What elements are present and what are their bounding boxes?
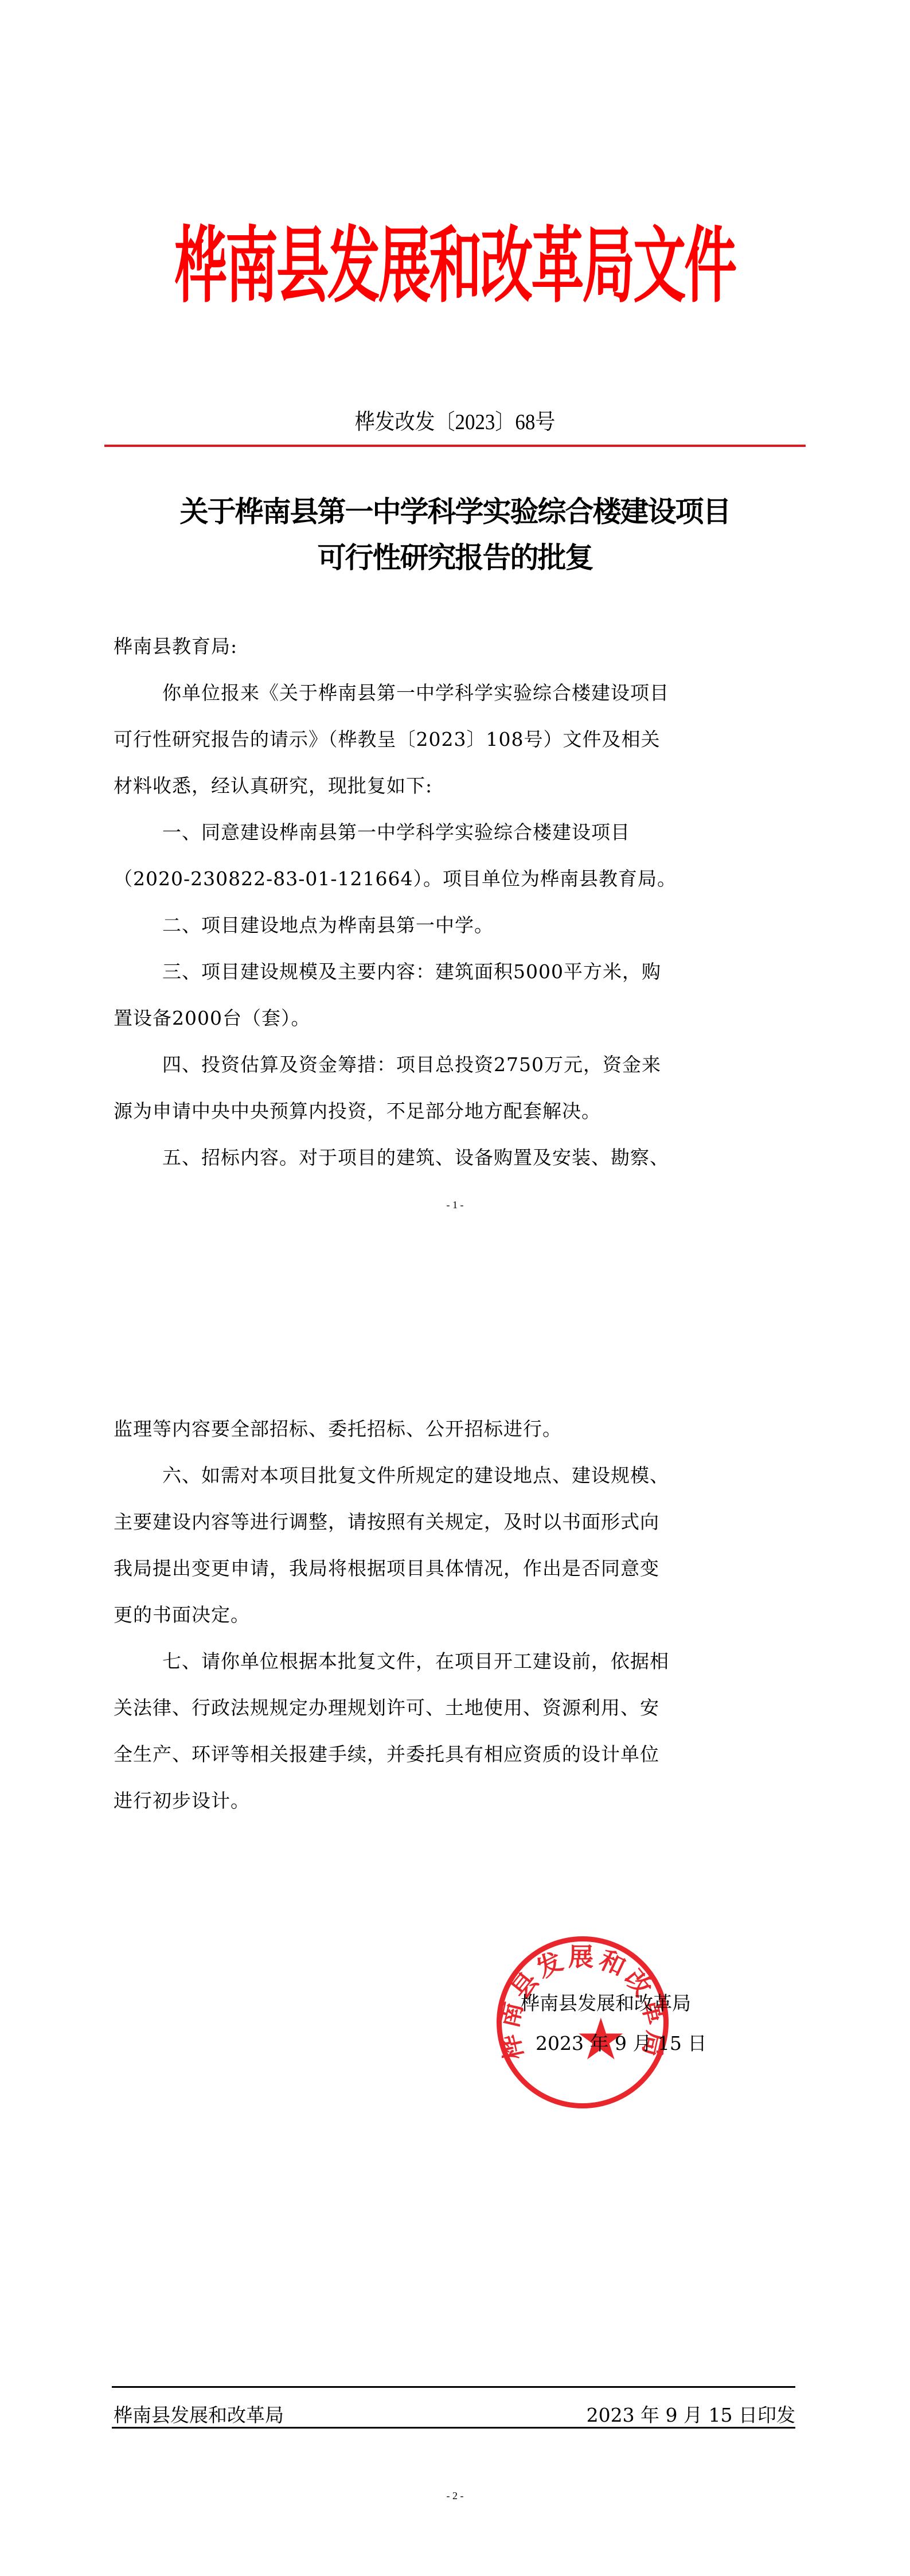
- paragraph-line: 四、投资估算及资金筹措：项目总投资2750万元，资金来: [162, 1052, 850, 1078]
- paragraph-line: 置设备2000台（套）。: [114, 1005, 802, 1032]
- paragraph-line: 我局提出变更申请，我局将根据项目具体情况，作出是否同意变: [114, 1555, 802, 1582]
- paragraph-line: 三、项目建设规模及主要内容：建筑面积5000平方米，购: [162, 959, 850, 985]
- document-title-line-1: 关于桦南县第一中学科学实验综合楼建设项目: [0, 489, 910, 535]
- red-header-title: 桦南县发展和改革局文件: [0, 223, 910, 309]
- footer-print-date: 2023 年 9 月 15 日印发: [565, 2403, 795, 2428]
- paragraph-line: 材料收悉，经认真研究，现批复如下:: [114, 773, 802, 799]
- document-title-line-2: 可行性研究报告的批复: [0, 535, 910, 581]
- document-number: 桦发改发〔2023〕68号: [36, 406, 873, 438]
- paragraph-line: 可行性研究报告的请示》（桦教呈〔2023〕108号）文件及相关: [114, 726, 802, 753]
- footer-issuer: 桦南县发展和改革局: [114, 2403, 284, 2428]
- footer-bottom-rule: [112, 2427, 795, 2429]
- paragraph-line: 全生产、环评等相关报建手续，并委托具有相应资质的设计单位: [114, 1741, 802, 1768]
- addressee: 桦南县教育局:: [114, 633, 802, 660]
- paragraph-line: 二、项目建设地点为桦南县第一中学。: [162, 912, 850, 939]
- paragraph-line: 七、请你单位根据本批复文件，在项目开工建设前，依据相: [162, 1648, 850, 1675]
- red-divider-rule: [104, 445, 806, 447]
- paragraph-line: 进行初步设计。: [114, 1788, 802, 1814]
- paragraph-line: 你单位报来《关于桦南县第一中学科学实验综合楼建设项目: [162, 680, 850, 706]
- paragraph-line: 五、招标内容。对于项目的建筑、设备购置及安装、勘察、: [162, 1145, 850, 1171]
- paragraph-line: 关法律、行政法规规定办理规划许可、土地使用、资源利用、安: [114, 1695, 802, 1721]
- paragraph-line: 更的书面决定。: [114, 1602, 802, 1628]
- red-header-text: 桦南县发展和改革局文件: [174, 213, 735, 318]
- paragraph-line: 六、如需对本项目批复文件所规定的建设地点、建设规模、: [162, 1462, 850, 1489]
- signature-date: 2023 年 9 月 15 日: [536, 2031, 706, 2056]
- paragraph-line: 一、同意建设桦南县第一中学科学实验综合楼建设项目: [162, 819, 850, 846]
- footer-top-rule: [112, 2386, 795, 2388]
- page-number-2: - 2 -: [0, 2490, 910, 2502]
- paragraph-line: 主要建设内容等进行调整，请按照有关规定，及时以书面形式向: [114, 1509, 802, 1535]
- signature-org: 桦南县发展和改革局: [521, 1991, 691, 2016]
- paragraph-line: 监理等内容要全部招标、委托招标、公开招标进行。: [114, 1416, 802, 1442]
- paragraph-line: 源为申请中央中央预算内投资，不足部分地方配套解决。: [114, 1098, 802, 1124]
- page-number-1: - 1 -: [0, 1199, 910, 1211]
- paragraph-line: （2020-230822-83-01-121664）。项目单位为桦南县教育局。: [114, 866, 802, 892]
